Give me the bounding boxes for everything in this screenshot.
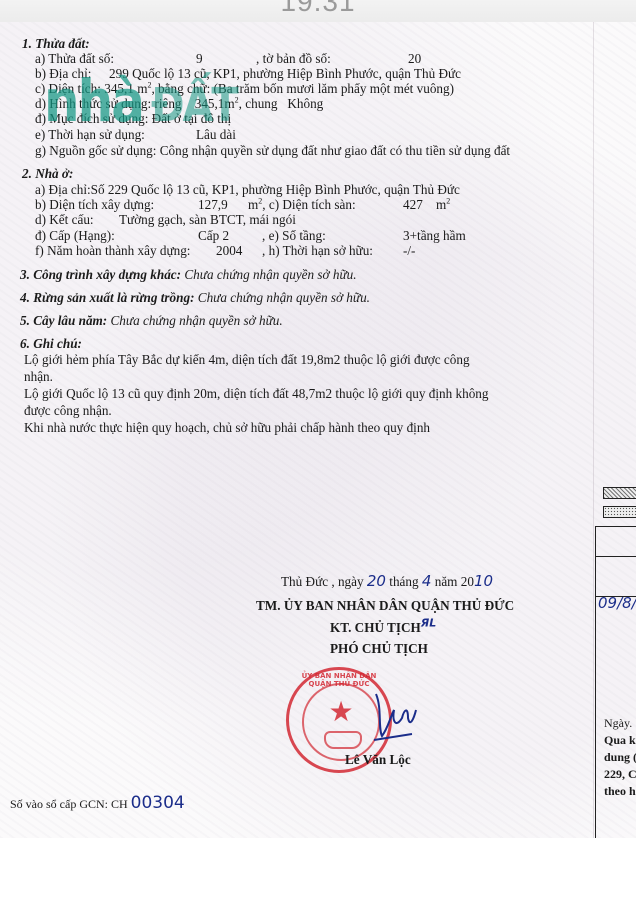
s2-dd-label: đ) Cấp (Hạng): [35, 228, 115, 243]
s2-c-value: 427 [403, 197, 423, 212]
legend-hatch-swatch [603, 487, 636, 499]
legend-dot-swatch [603, 506, 636, 518]
s1-d-common-label: , chung [239, 96, 278, 111]
note-line: được công nhận. [24, 403, 112, 418]
s2-c-value-row: 427 m2 [403, 197, 450, 212]
section4-heading: 4. Rừng sản xuất là rừng trồng: [20, 290, 194, 305]
issue-place: Thủ Đức , ngày [281, 574, 364, 589]
blank-area [0, 838, 636, 900]
s2-c-unit: m [436, 197, 446, 212]
status-time: 19:31 [0, 0, 636, 18]
s1-c-value: 345,1 [104, 81, 134, 96]
s1-dd-label: đ) Mục đích sử dụng: [35, 111, 148, 126]
issue-month-label: tháng [389, 574, 418, 589]
side-line: Qua k [604, 733, 636, 748]
fold-line [593, 22, 594, 838]
s2-a-value: Số 229 Quốc lộ 13 cũ, KP1, phường Hiệp B… [91, 182, 460, 197]
s1-d-value: 345,1 [195, 96, 225, 111]
registry-label: Số vào sổ cấp GCN: CH [10, 797, 128, 811]
s1-c-row: c) Diện tích: 345,1 m2, bằng chữ: (Ba tr… [35, 81, 454, 96]
side-table-divider [596, 556, 636, 557]
s1-d-row: d) Hình thức sử dụng: riêng 345,1m2, chu… [35, 96, 323, 111]
section4-value: Chưa chứng nhận quyền sở hữu. [198, 290, 370, 305]
s1-b-value: 299 Quốc lộ 13 cũ, KP1, phường Hiệp Bình… [109, 66, 461, 81]
side-line: 229, C [604, 767, 636, 782]
s2-c-label: , c) Diện tích sàn: [262, 197, 355, 212]
note-line: Lộ giới hẻm phía Tây Bắc dự kiến 4m, diệ… [24, 352, 470, 367]
s2-b-label: b) Diện tích xây dựng: [35, 197, 154, 212]
s1-e-value: Lâu dài [196, 127, 236, 142]
s1-c-words: , bằng chữ: (Ba trăm bốn mươi lăm phẩy m… [151, 81, 454, 96]
s1-dd-row: đ) Mục đích sử dụng: Đất ở tại đô thị [35, 111, 231, 126]
note-line: Lộ giới Quốc lộ 13 cũ quy định 20m, diện… [24, 386, 488, 401]
side-line: dung ( [604, 750, 636, 765]
s2-b-unit-row: m2, c) Diện tích sàn: [248, 197, 356, 212]
s2-b-value: 127,9 [198, 197, 228, 212]
s2-d-label: d) Kết cấu: [35, 212, 94, 227]
s1-g-value: Công nhận quyền sử dụng đất như giao đất… [160, 143, 510, 158]
s1-a-map-label: , tờ bản đồ số: [256, 51, 331, 66]
s1-a-map-value: 20 [408, 51, 421, 66]
seal-text: ỦY BAN NHÂN DÂN QUẬN THỦ ĐỨC [289, 672, 389, 688]
role-kt-chu-tich: KT. CHỦ TỊCHЯL [330, 620, 436, 635]
issue-year-suffix: 10 [474, 572, 493, 590]
s2-h-value: -/- [403, 243, 415, 258]
s2-h-label: , h) Thời hạn sở hữu: [262, 243, 373, 258]
section3-row: 3. Công trình xây dựng khác: Chưa chứng … [20, 267, 357, 282]
s2-e-label: , e) Số tầng: [262, 228, 326, 243]
issue-month: 4 [422, 572, 432, 590]
s2-f-label: f) Năm hoàn thành xây dựng: [35, 243, 190, 258]
s1-c-label: c) Diện tích: [35, 81, 101, 96]
s2-a-label: a) Địa chỉ: [35, 182, 91, 197]
issue-day: 20 [367, 572, 386, 590]
section1-heading: 1. Thửa đất: [22, 36, 90, 51]
s1-dd-value: Đất ở tại đô thị [152, 111, 232, 126]
section5-value: Chưa chứng nhận quyền sở hữu. [111, 313, 283, 328]
role1-text: KT. CHỦ TỊCH [330, 620, 421, 635]
section4-row: 4. Rừng sản xuất là rừng trồng: Chưa chứ… [20, 290, 370, 305]
section3-value: Chưa chứng nhận quyền sở hữu. [184, 267, 356, 282]
section6-heading: 6. Ghi chú: [20, 336, 82, 351]
registry-row: Số vào sổ cấp GCN: CH 00304 [10, 796, 185, 812]
section2-heading: 2. Nhà ở: [22, 166, 73, 181]
section5-heading: 5. Cây lâu năm: [20, 313, 107, 328]
issuing-organization: TM. ỦY BAN NHÂN DÂN QUẬN THỦ ĐỨC [256, 598, 514, 613]
s1-d-label: d) Hình thức sử dụng: riêng [35, 96, 182, 111]
s1-g-label: g) Nguồn gốc sử dụng: [35, 143, 156, 158]
s1-g-row: g) Nguồn gốc sử dụng: Công nhận quyền sử… [35, 143, 510, 158]
s2-dd-value: Cấp 2 [198, 228, 229, 243]
note-line: Khi nhà nước thực hiện quy hoạch, chủ sở… [24, 420, 430, 435]
s1-b-label: b) Địa chỉ: [35, 66, 91, 81]
signature-mark [368, 688, 428, 748]
s1-d-common-value: Không [287, 96, 323, 111]
s2-b-unit: m [248, 197, 258, 212]
gear-emblem-icon [324, 731, 362, 749]
s1-d-unit: m [224, 96, 234, 111]
s1-c-unit: m [137, 81, 147, 96]
issue-year-label: năm 20 [435, 574, 474, 589]
s1-a-value: 9 [196, 51, 203, 66]
initial-mark: ЯL [421, 617, 436, 630]
side-handwritten-date: 09/8/ [598, 594, 636, 612]
section5-row: 5. Cây lâu năm: Chưa chứng nhận quyền sở… [20, 313, 283, 328]
s2-d-value: Tường gạch, sàn BTCT, mái ngói [119, 212, 296, 227]
s1-a-label: a) Thửa đất số: [35, 51, 114, 66]
side-line: theo h [604, 784, 636, 799]
registry-number: 00304 [131, 793, 185, 813]
issue-date-row: Thủ Đức , ngày 20 tháng 4 năm 2010 [281, 574, 493, 589]
note-line: nhận. [24, 369, 53, 384]
side-line: Ngày. [604, 716, 632, 731]
s2-e-value: 3+tầng hầm [403, 228, 466, 243]
signer-name: Lê Văn Lộc [345, 752, 411, 767]
status-bar: 19:31 [0, 0, 636, 22]
role-pho-chu-tich: PHÓ CHỦ TỊCH [330, 641, 428, 656]
s1-e-label: e) Thời hạn sử dụng: [35, 127, 145, 142]
s2-a-row: a) Địa chỉ:Số 229 Quốc lộ 13 cũ, KP1, ph… [35, 182, 460, 197]
section3-heading: 3. Công trình xây dựng khác: [20, 267, 181, 282]
s2-f-value: 2004 [216, 243, 242, 258]
star-icon: ★ [304, 699, 378, 727]
